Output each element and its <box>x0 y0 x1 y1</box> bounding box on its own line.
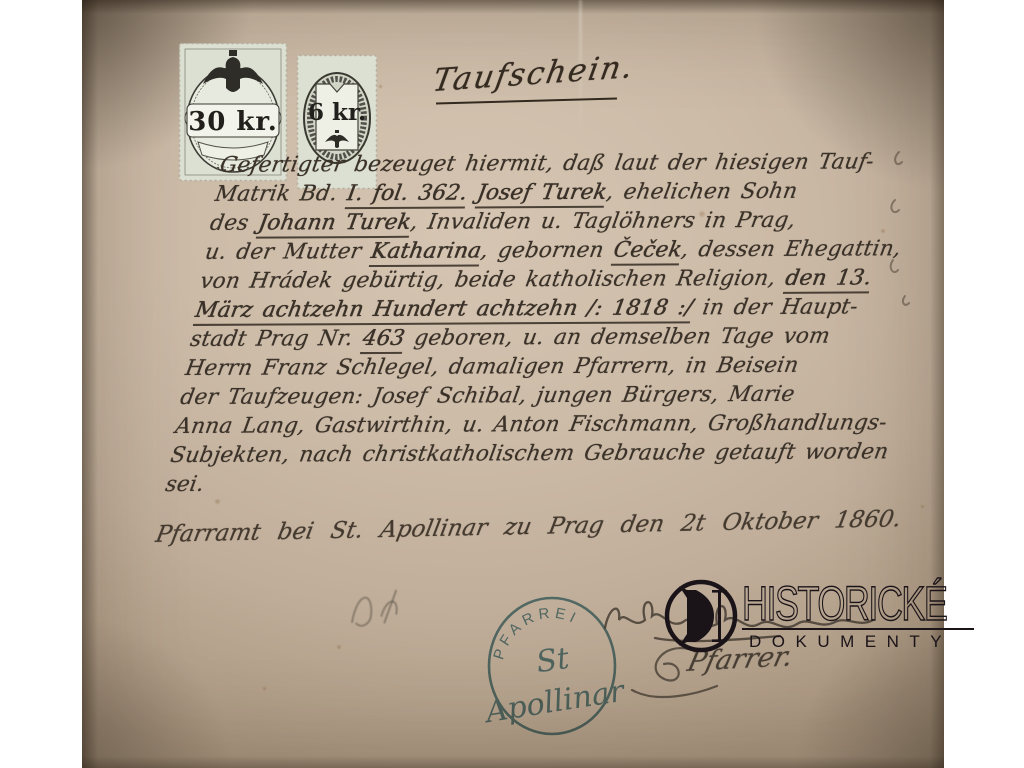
fox-spot <box>262 686 267 691</box>
page: 30 kr. 6 kr. Taufschein. Gefertigter bez… <box>0 0 1024 768</box>
watermark-brand-subtitle: DOKUMENTY <box>749 632 952 652</box>
manuscript-line: Gefertigter bezeuget hiermit, daß laut d… <box>218 147 963 180</box>
watermark-monogram-icon <box>662 577 740 655</box>
manuscript-line: Matrik Bd. I. fol. 362. Josef Turek, ehe… <box>213 176 958 209</box>
manuscript-line: des Johann Turek, Invaliden u. Taglöhner… <box>208 205 953 238</box>
stamp-denomination: 30 kr. <box>188 107 278 137</box>
manuscript-line: u. der Mutter Katharina, gebornen Čeček,… <box>203 234 948 267</box>
manuscript-line: der Taufzeugen: Josef Schibal, jungen Bü… <box>178 379 923 412</box>
manuscript-line: von Hrádek gebürtig, beide katholischen … <box>198 263 943 296</box>
manuscript-line: Subjekten, nach christkatholischem Gebra… <box>168 437 913 470</box>
fox-spot <box>336 644 342 650</box>
manuscript-line: stadt Prag Nr. 463 geboren, u. an demsel… <box>188 321 933 354</box>
manuscript-line: sei. <box>163 466 908 499</box>
seal-center-text: St <box>534 641 572 680</box>
manuscript-line: März achtzehn Hundert achtzehn /: 1818 :… <box>193 292 938 325</box>
ink-bleed-marks <box>885 140 925 310</box>
manuscript-line: Anna Lang, Gastwirthin, u. Anton Fischma… <box>173 408 918 441</box>
manuscript-line: Herrn Franz Schlegel, damaligen Pfarrern… <box>183 350 928 383</box>
stamp-denomination: 6 kr. <box>308 99 366 126</box>
pencil-mark <box>337 573 424 639</box>
watermark-rule <box>742 628 974 630</box>
fox-spot <box>920 504 925 509</box>
fox-spot <box>378 84 383 89</box>
fox-spot <box>214 498 221 505</box>
watermark-brand-name: HISTORICKÉ <box>742 577 946 632</box>
manuscript: Gefertigter bezeuget hiermit, daß laut d… <box>163 147 963 499</box>
